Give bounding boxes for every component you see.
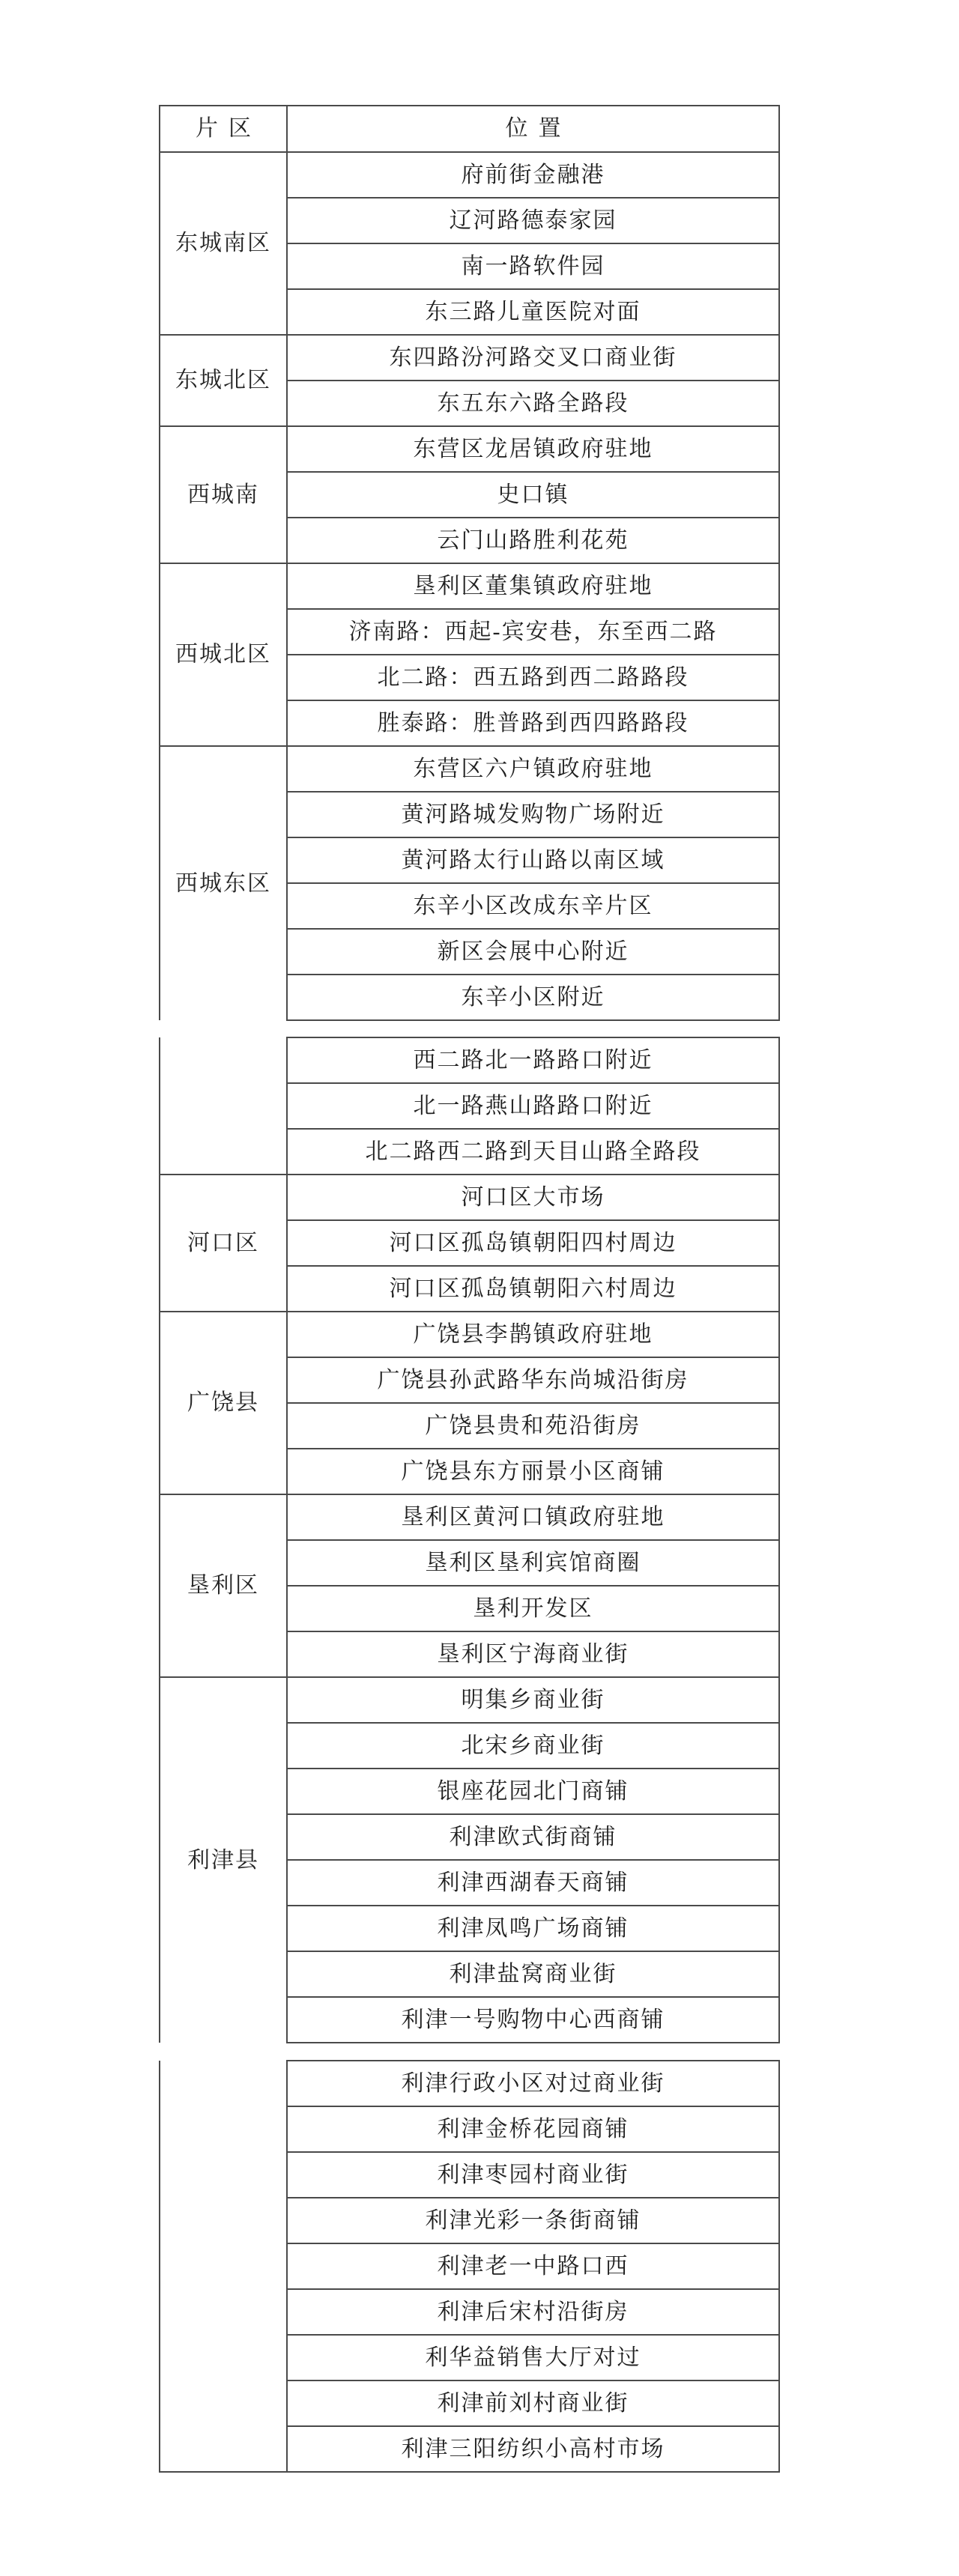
location-cell: 利津行政小区对过商业街 <box>287 2061 779 2106</box>
location-cell: 济南路：西起-宾安巷，东至西二路 <box>287 609 779 655</box>
location-cell: 明集乡商业街 <box>287 1677 779 1723</box>
location-cell: 利津凤鸣广场商铺 <box>287 1906 779 1951</box>
location-cell: 利津前刘村商业街 <box>287 2380 779 2426</box>
location-cell: 利津西湖春天商铺 <box>287 1860 779 1906</box>
table-row: 广饶县 广饶县李鹊镇政府驻地 <box>160 1312 779 1357</box>
table-row: 垦利区 垦利区黄河口镇政府驻地 <box>160 1494 779 1540</box>
table-header-row: 片区 位置 <box>160 106 779 152</box>
location-cell: 辽河路德泰家园 <box>287 198 779 243</box>
location-cell: 东辛小区改成东辛片区 <box>287 883 779 929</box>
location-cell: 河口区大市场 <box>287 1175 779 1220</box>
region-cell <box>160 1037 287 1175</box>
location-cell: 利华益销售大厅对过 <box>287 2335 779 2380</box>
location-cell: 垦利区宁海商业街 <box>287 1631 779 1677</box>
location-cell: 利津后宋村沿街房 <box>287 2289 779 2335</box>
location-cell: 黄河路太行山路以南区域 <box>287 837 779 883</box>
table-row: 西城北区 垦利区董集镇政府驻地 <box>160 563 779 609</box>
column-header-location: 位置 <box>287 106 779 152</box>
location-cell: 利津老一中路口西 <box>287 2243 779 2289</box>
region-cell: 广饶县 <box>160 1312 287 1494</box>
location-cell: 东三路儿童医院对面 <box>287 289 779 335</box>
location-table-section-3: 利津行政小区对过商业街 利津金桥花园商铺 利津枣园村商业街 利津光彩一条街商铺 … <box>159 2060 780 2473</box>
table-row: 利津县 明集乡商业街 <box>160 1677 779 1723</box>
region-cell <box>160 2061 287 2472</box>
location-cell: 北宋乡商业街 <box>287 1723 779 1769</box>
region-cell: 西城东区 <box>160 746 287 1020</box>
location-cell: 东四路汾河路交叉口商业街 <box>287 335 779 381</box>
region-cell: 东城北区 <box>160 335 287 426</box>
location-cell: 垦利开发区 <box>287 1586 779 1631</box>
location-table-section-2: 西二路北一路路口附近 北一路燕山路路口附近 北二路西二路到天目山路全路段 河口区… <box>159 1037 780 2043</box>
table-row: 西城东区 东营区六户镇政府驻地 <box>160 746 779 792</box>
location-cell: 广饶县李鹊镇政府驻地 <box>287 1312 779 1357</box>
location-cell: 东营区六户镇政府驻地 <box>287 746 779 792</box>
location-cell: 垦利区黄河口镇政府驻地 <box>287 1494 779 1540</box>
region-cell: 东城南区 <box>160 152 287 335</box>
location-cell: 利津枣园村商业街 <box>287 2152 779 2198</box>
location-cell: 云门山路胜利花苑 <box>287 518 779 563</box>
location-cell: 垦利区垦利宾馆商圈 <box>287 1540 779 1586</box>
location-cell: 利津光彩一条街商铺 <box>287 2198 779 2243</box>
location-cell: 河口区孤岛镇朝阳六村周边 <box>287 1266 779 1312</box>
table-row: 东城北区 东四路汾河路交叉口商业街 <box>160 335 779 381</box>
table-row: 西城南 东营区龙居镇政府驻地 <box>160 426 779 472</box>
location-cell: 垦利区董集镇政府驻地 <box>287 563 779 609</box>
region-cell: 西城南 <box>160 426 287 563</box>
location-cell: 广饶县东方丽景小区商铺 <box>287 1449 779 1494</box>
location-cell: 史口镇 <box>287 472 779 518</box>
table-row: 利津行政小区对过商业街 <box>160 2061 779 2106</box>
region-cell: 垦利区 <box>160 1494 287 1677</box>
location-cell: 府前街金融港 <box>287 152 779 198</box>
column-header-region: 片区 <box>160 106 287 152</box>
region-cell: 河口区 <box>160 1175 287 1312</box>
location-cell: 利津三阳纺织小高村市场 <box>287 2426 779 2472</box>
location-cell: 广饶县孙武路华东尚城沿街房 <box>287 1357 779 1403</box>
location-cell: 黄河路城发购物广场附近 <box>287 792 779 837</box>
document-page: 片区 位置 东城南区 府前街金融港 辽河路德泰家园 南一路软件园 东三路儿童医院… <box>0 0 959 2576</box>
location-cell: 广饶县贵和苑沿街房 <box>287 1403 779 1449</box>
location-cell: 利津欧式街商铺 <box>287 1814 779 1860</box>
location-cell: 新区会展中心附近 <box>287 929 779 975</box>
location-cell: 胜泰路：胜普路到西四路路段 <box>287 700 779 746</box>
location-cell: 南一路软件园 <box>287 243 779 289</box>
region-cell: 利津县 <box>160 1677 287 2043</box>
location-cell: 北二路：西五路到西二路路段 <box>287 655 779 700</box>
location-cell: 利津一号购物中心西商铺 <box>287 1997 779 2043</box>
location-cell: 西二路北一路路口附近 <box>287 1037 779 1083</box>
location-cell: 北一路燕山路路口附近 <box>287 1083 779 1129</box>
location-cell: 河口区孤岛镇朝阳四村周边 <box>287 1220 779 1266</box>
location-table-section-1: 片区 位置 东城南区 府前街金融港 辽河路德泰家园 南一路软件园 东三路儿童医院… <box>159 105 780 1021</box>
table-row: 西二路北一路路口附近 <box>160 1037 779 1083</box>
location-cell: 东五东六路全路段 <box>287 381 779 426</box>
location-cell: 北二路西二路到天目山路全路段 <box>287 1129 779 1175</box>
location-cell: 利津金桥花园商铺 <box>287 2106 779 2152</box>
location-cell: 利津盐窝商业街 <box>287 1951 779 1997</box>
region-cell: 西城北区 <box>160 563 287 746</box>
table-row: 东城南区 府前街金融港 <box>160 152 779 198</box>
table-row: 河口区 河口区大市场 <box>160 1175 779 1220</box>
location-cell: 东营区龙居镇政府驻地 <box>287 426 779 472</box>
location-cell: 银座花园北门商铺 <box>287 1769 779 1814</box>
location-cell: 东辛小区附近 <box>287 975 779 1020</box>
